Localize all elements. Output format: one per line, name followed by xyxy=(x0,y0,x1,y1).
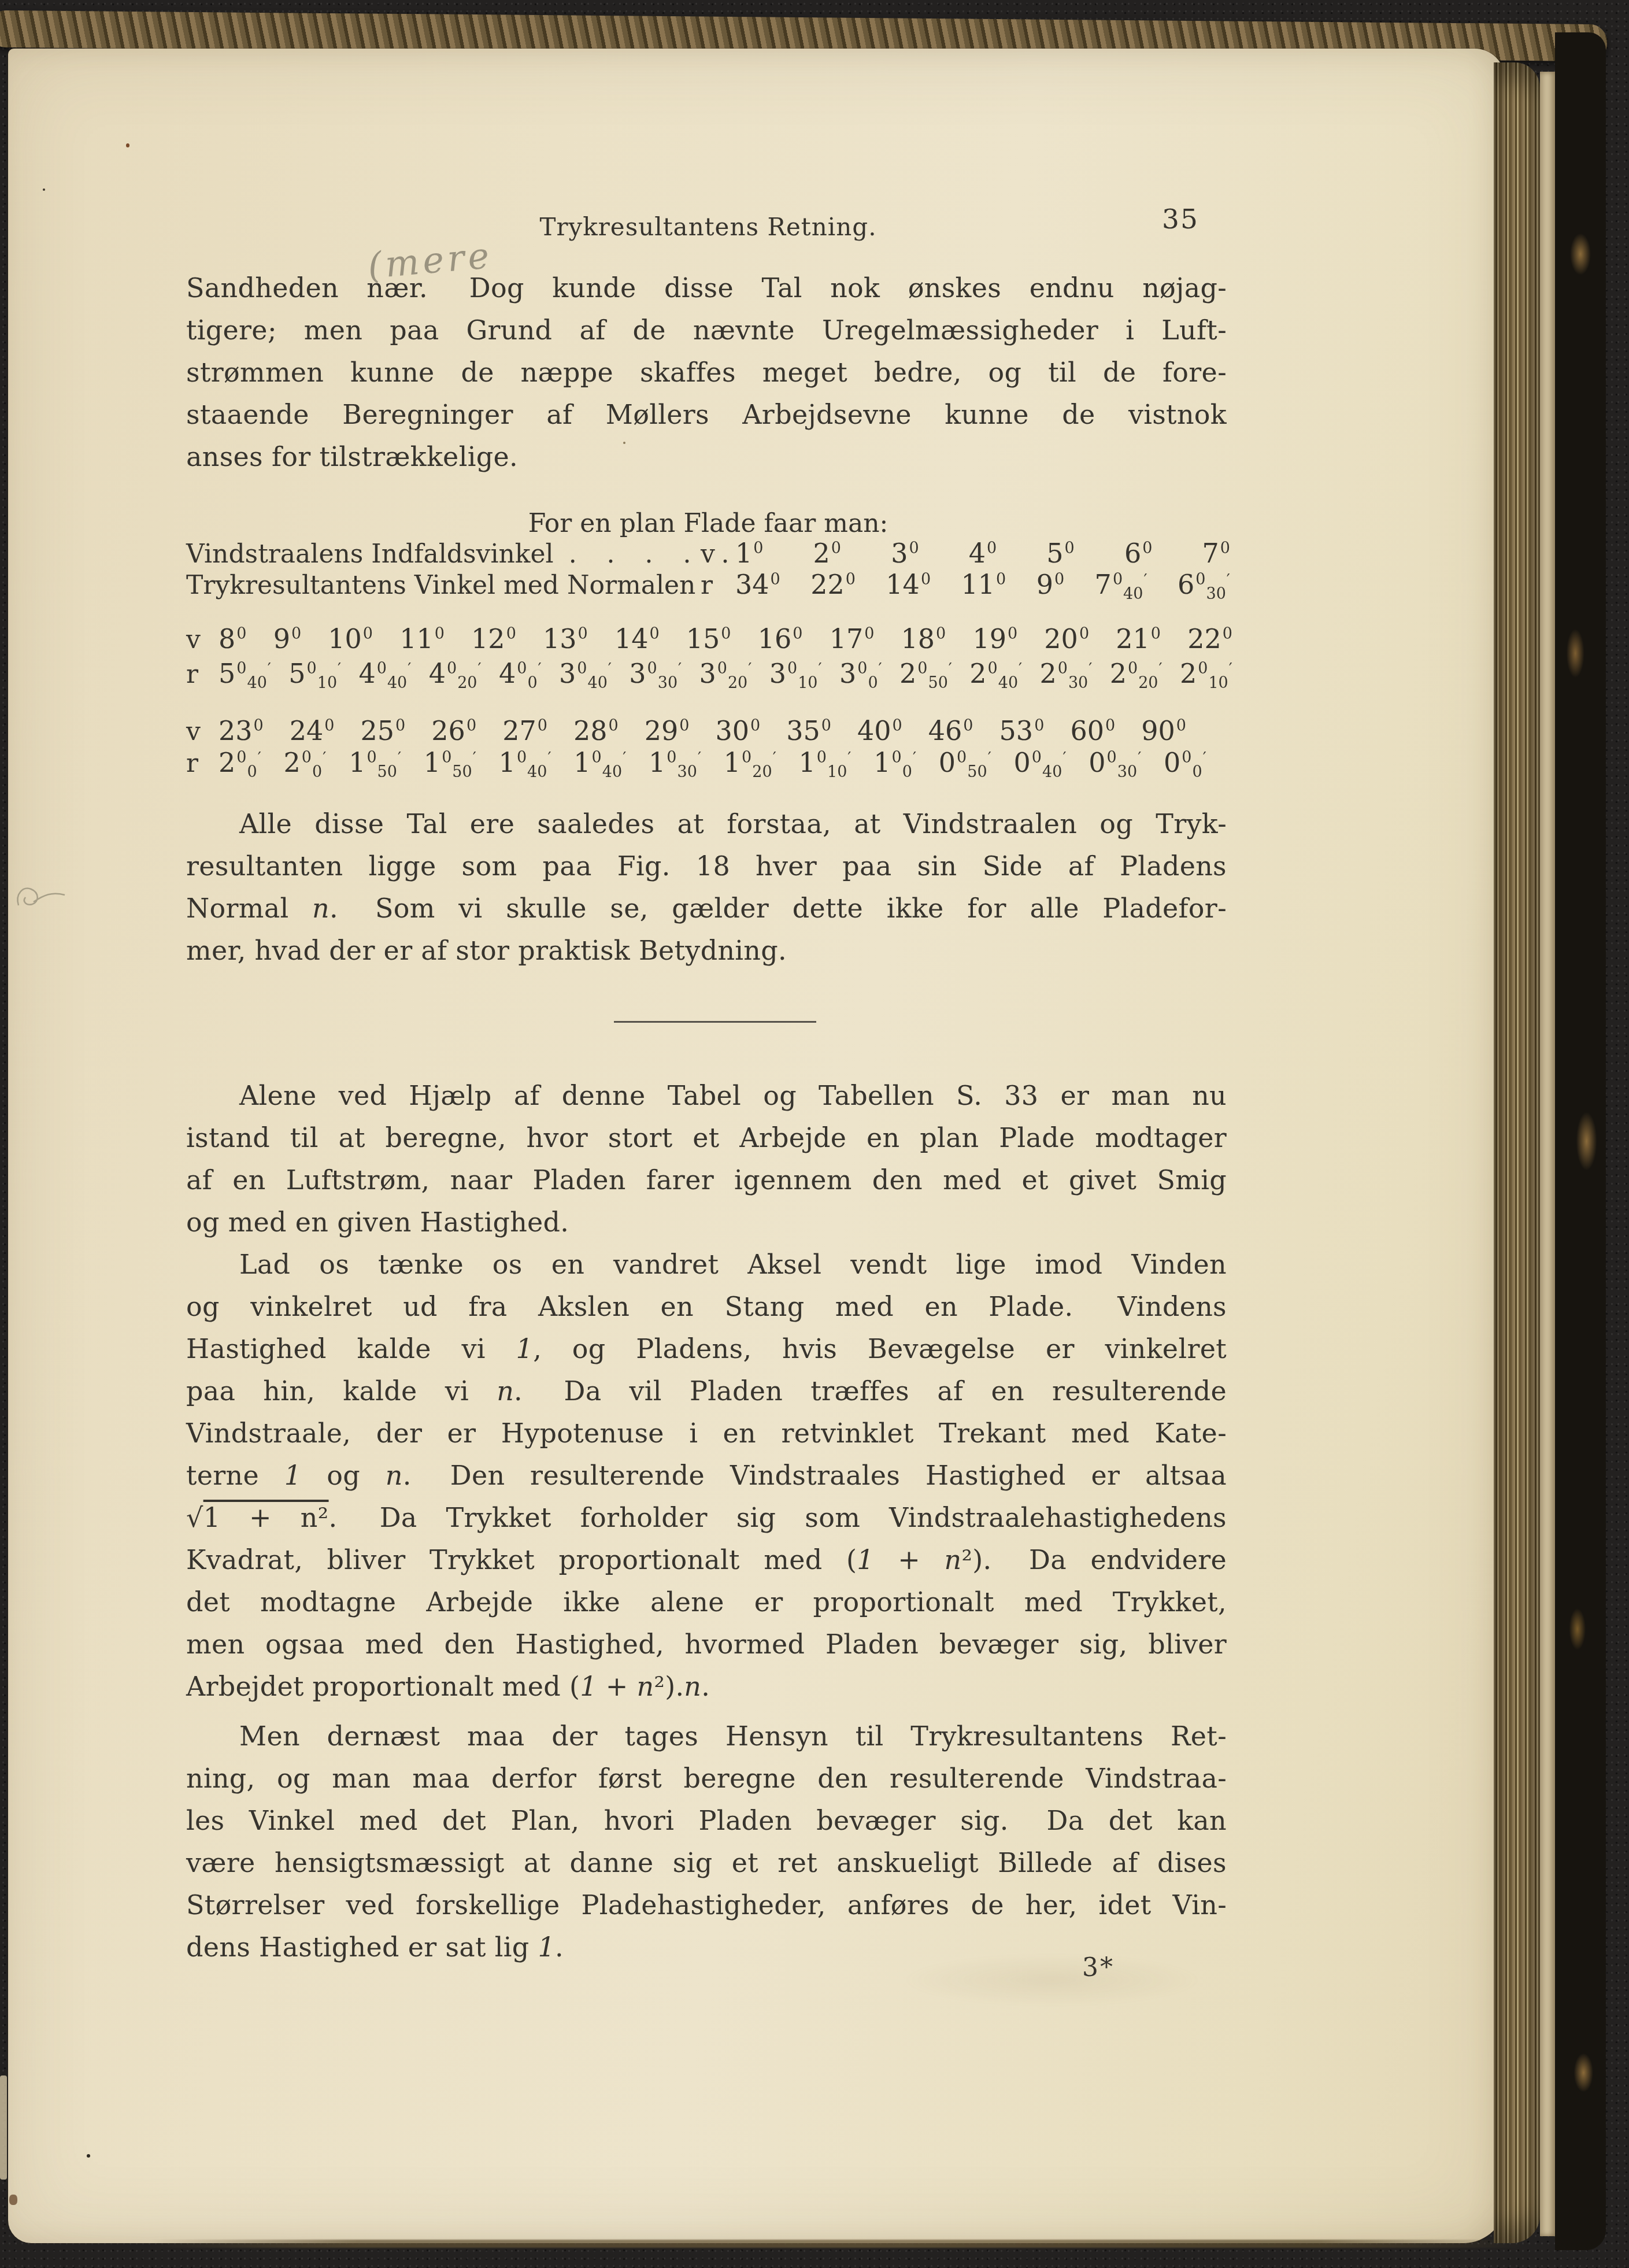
text-line: men ogsaa med den Hastighed, hvormed Pla… xyxy=(186,1623,1227,1666)
angle-value: 140 xyxy=(614,623,660,654)
page-number: 35 xyxy=(1162,204,1199,235)
table-row-r3: r 200′200′1050′1050′1040′1040′1030′1020′… xyxy=(186,747,1206,778)
book-bottom-cloth xyxy=(150,2240,1526,2248)
table-row-v2: v 80901001101201301401501601701801902002… xyxy=(186,623,1232,654)
angle-value: 220 xyxy=(810,569,856,600)
text-line: mer, hvad der er af stor praktisk Betydn… xyxy=(186,930,1227,972)
angle-value: 2020′ xyxy=(1110,658,1162,689)
text-line: tigere; men paa Grund af de nævnte Urege… xyxy=(186,309,1227,352)
text-line: Alle disse Tal ere saaledes at forstaa, … xyxy=(186,803,1227,845)
angle-values: 2302402502602702802903003504004605306009… xyxy=(219,715,1186,746)
sqrt-expression: √1 + n² xyxy=(186,1502,329,1533)
angle-value: 900 xyxy=(1141,715,1186,746)
angle-value: 3030′ xyxy=(629,658,682,689)
angle-value: 300′ xyxy=(839,658,882,689)
angle-values: 340220140110907040′6030′ xyxy=(735,569,1230,600)
angle-value: 90 xyxy=(273,623,301,654)
angle-values: 10203040506070 xyxy=(735,538,1230,569)
text-line: Hastighed kalde vi 1, og Pladens, hvis B… xyxy=(186,1328,1227,1370)
angle-value: 000′ xyxy=(1164,747,1206,778)
angle-value: 50 xyxy=(1046,538,1074,569)
running-title: Trykresultantens Retning. xyxy=(186,213,1230,241)
angle-value: 2010′ xyxy=(1180,658,1232,689)
angle-value: 1050′ xyxy=(349,747,401,778)
book-fore-edge-pages xyxy=(1494,62,1540,2243)
angle-value: 110 xyxy=(399,623,445,654)
angle-value: 250 xyxy=(361,715,406,746)
table-row-v3: v 23024025026027028029030035040046053060… xyxy=(186,715,1186,746)
angle-value: 80 xyxy=(219,623,246,654)
variable-v: v xyxy=(701,539,735,569)
text-line: dens Hastighed er sat lig 1. xyxy=(186,1926,1227,1969)
angle-values: 5040′5010′4040′4020′400′3040′3030′3020′3… xyxy=(219,658,1232,689)
text-line: ning, og man maa derfor først beregne de… xyxy=(186,1758,1227,1800)
variable-v: v xyxy=(186,717,219,746)
table-caption: For en plan Flade faar man: xyxy=(186,509,1230,538)
text-line: paa hin, kalde vi n. Da vil Pladen træff… xyxy=(186,1370,1227,1412)
angle-value: 200′ xyxy=(219,747,261,778)
text-line: Vindstraale, der er Hypotenuse i en retv… xyxy=(186,1412,1227,1455)
book-board-edge xyxy=(1555,32,1606,2250)
angle-value: 0040′ xyxy=(1014,747,1067,778)
paragraph: Alene ved Hjælp af denne Tabel og Tabell… xyxy=(186,1075,1227,1244)
angle-value: 4020′ xyxy=(429,658,482,689)
text-line: Lad os tænke os en vandret Aksel vendt l… xyxy=(186,1244,1227,1286)
text-line: Kvadrat, bliver Trykket proportionalt me… xyxy=(186,1539,1227,1581)
angle-value: 460 xyxy=(928,715,973,746)
text-line: resultanten ligge som paa Fig. 18 hver p… xyxy=(186,845,1227,887)
angle-value: 2050′ xyxy=(899,658,952,689)
text-line: Normal n. Som vi skulle se, gælder dette… xyxy=(186,887,1227,930)
angle-value: 200′ xyxy=(284,747,327,778)
angle-value: 130 xyxy=(543,623,588,654)
angle-value: 100′ xyxy=(873,747,916,778)
angle-values: 8090100110120130140150160170180190200210… xyxy=(219,623,1232,654)
angle-value: 300 xyxy=(715,715,760,746)
angle-value: 5040′ xyxy=(219,658,271,689)
variable-r: r xyxy=(186,749,219,778)
paper-speck xyxy=(126,143,129,147)
angle-value: 3010′ xyxy=(769,658,822,689)
previous-page-edge xyxy=(0,2075,7,2180)
angle-value: 2040′ xyxy=(969,658,1022,689)
text-line: være hensigtsmæssigt at danne sig et ret… xyxy=(186,1842,1227,1884)
angle-value: 10 xyxy=(735,538,763,569)
text-line: af en Luftstrøm, naar Pladen farer igenn… xyxy=(186,1159,1227,1201)
angle-value: 2030′ xyxy=(1039,658,1092,689)
variable-r: r xyxy=(701,571,735,600)
angle-value: 180 xyxy=(901,623,946,654)
text-line: og med en given Hastighed. xyxy=(186,1201,1227,1244)
paragraph: Alle disse Tal ere saaledes at forstaa, … xyxy=(186,803,1227,972)
table-row-r1: Trykresultantens Vinkel med Normalen r 3… xyxy=(186,569,1230,600)
angle-value: 20 xyxy=(813,538,841,569)
paragraph: Lad os tænke os en vandret Aksel vendt l… xyxy=(186,1244,1227,1708)
angle-value: 280 xyxy=(573,715,619,746)
text-line: Sandheden nær. Dog kunde disse Tal nok ø… xyxy=(186,267,1227,309)
angle-value: 1020′ xyxy=(724,747,776,778)
angle-value: 110 xyxy=(961,569,1006,600)
angle-value: 400′ xyxy=(499,658,542,689)
table-row-r2: r 5040′5010′4040′4020′400′3040′3030′3020… xyxy=(186,658,1232,689)
angle-value: 350 xyxy=(786,715,831,746)
text-line: staaende Beregninger af Møllers Arbejdse… xyxy=(186,394,1227,436)
angle-value: 340 xyxy=(735,569,780,600)
book-fore-edge-highlight xyxy=(1540,72,1555,2236)
text-line: istand til at beregne, hvor stort et Arb… xyxy=(186,1117,1227,1159)
variable-v: v xyxy=(186,625,219,654)
angle-value: 40 xyxy=(969,538,997,569)
angle-value: 1030′ xyxy=(649,747,701,778)
angle-value: 0030′ xyxy=(1089,747,1141,778)
pencil-doodle xyxy=(13,879,71,917)
paper-stain xyxy=(9,2195,17,2205)
angle-values: 200′200′1050′1050′1040′1040′1030′1020′10… xyxy=(219,747,1206,778)
angle-value: 0050′ xyxy=(939,747,991,778)
angle-value: 60 xyxy=(1124,538,1152,569)
text-line: Størrelser ved forskellige Pladehastighe… xyxy=(186,1884,1227,1926)
angle-value: 70 xyxy=(1202,538,1230,569)
angle-value: 120 xyxy=(471,623,516,654)
text-line: les Vinkel med det Plan, hvori Pladen be… xyxy=(186,1800,1227,1842)
text-line: strømmen kunne de næppe skaffes meget be… xyxy=(186,352,1227,394)
angle-value: 7040′ xyxy=(1095,569,1147,600)
angle-value: 1050′ xyxy=(424,747,476,778)
text-line: Arbejdet proportionalt med (1 + n²).n. xyxy=(186,1666,1227,1708)
angle-value: 1010′ xyxy=(799,747,851,778)
text-line: terne 1 og n. Den resulterende Vindstraa… xyxy=(186,1455,1227,1497)
angle-value: 30 xyxy=(891,538,919,569)
book-photo: Trykresultantens Retning. 35 (mere Sandh… xyxy=(0,0,1629,2268)
text-line: Men dernæst maa der tages Hensyn til Try… xyxy=(186,1715,1227,1758)
table-row-v1: Vindstraalens Indfaldsvinkel. . . . . v … xyxy=(186,538,1230,569)
angle-value: 200 xyxy=(1044,623,1089,654)
text-line: √1 + n². Da Trykket forholder sig som Vi… xyxy=(186,1497,1227,1539)
angle-value: 600 xyxy=(1070,715,1115,746)
angle-value: 150 xyxy=(686,623,731,654)
paragraph: Sandheden nær. Dog kunde disse Tal nok ø… xyxy=(186,267,1227,478)
variable-r: r xyxy=(186,660,219,689)
angle-value: 6030′ xyxy=(1178,569,1230,600)
angle-value: 220 xyxy=(1187,623,1232,654)
angle-value: 230 xyxy=(219,715,264,746)
angle-value: 530 xyxy=(999,715,1045,746)
angle-value: 4040′ xyxy=(358,658,411,689)
angle-value: 3040′ xyxy=(559,658,612,689)
text-line: Alene ved Hjælp af denne Tabel og Tabell… xyxy=(186,1075,1227,1117)
angle-value: 160 xyxy=(758,623,803,654)
angle-value: 100 xyxy=(328,623,373,654)
section-divider-rule xyxy=(614,1021,816,1023)
angle-value: 210 xyxy=(1116,623,1161,654)
angle-value: 170 xyxy=(830,623,875,654)
angle-value: 140 xyxy=(886,569,931,600)
text-line: anses for tilstrækkelige. xyxy=(186,436,1227,478)
angle-value: 90 xyxy=(1036,569,1064,600)
row-label: Trykresultantens Vinkel med Normalen xyxy=(186,571,701,600)
angle-value: 3020′ xyxy=(699,658,751,689)
angle-value: 5010′ xyxy=(288,658,341,689)
paragraph: Men dernæst maa der tages Hensyn til Try… xyxy=(186,1715,1227,1969)
paper-speck xyxy=(43,188,45,191)
angle-value: 400 xyxy=(857,715,902,746)
row-label: Vindstraalens Indfaldsvinkel. . . . . xyxy=(186,539,701,569)
angle-value: 270 xyxy=(502,715,547,746)
angle-value: 260 xyxy=(431,715,476,746)
angle-value: 240 xyxy=(290,715,335,746)
angle-value: 190 xyxy=(972,623,1017,654)
text-line: det modtagne Arbejde ikke alene er propo… xyxy=(186,1581,1227,1623)
angle-value: 1040′ xyxy=(573,747,626,778)
angle-value: 1040′ xyxy=(499,747,551,778)
text-line: og vinkelret ud fra Akslen en Stang med … xyxy=(186,1286,1227,1328)
paper-speck xyxy=(87,2154,90,2158)
signature-mark: 3* xyxy=(1082,1953,1115,1982)
angle-value: 290 xyxy=(645,715,690,746)
